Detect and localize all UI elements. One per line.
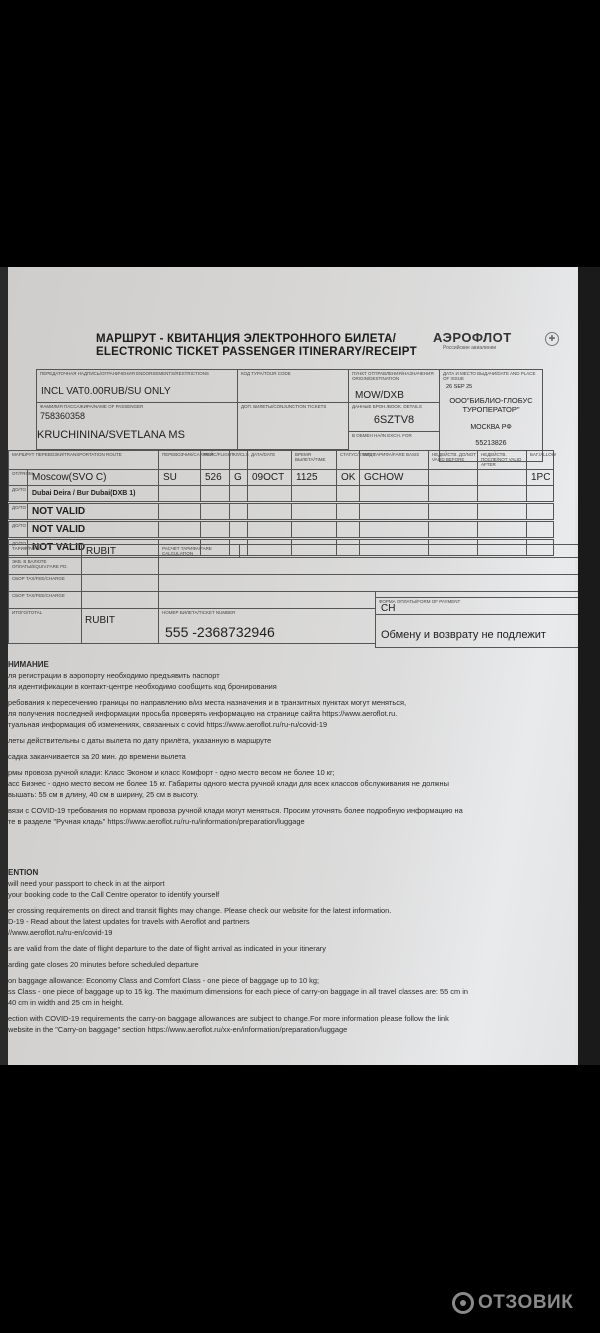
itinerary-cell <box>477 485 527 502</box>
watermark-text: ОТЗОВИК <box>478 1292 573 1314</box>
itinerary-cell <box>247 503 292 520</box>
total-label-cell: ИТОГО/TOTAL <box>8 608 82 644</box>
note-line: your booking code to the Call Centre ope… <box>8 889 468 900</box>
note-line: асс Бизнес - одно место весом не более 1… <box>8 778 463 789</box>
column-header-fare-basis: ВИД ТАРИФА/FARE BASIS <box>359 450 429 470</box>
column-header-baggage: БАГ./ALLOW <box>526 450 554 470</box>
itinerary-route-cell: NOT VALID <box>27 521 159 538</box>
endorsements-cell: ПЕРЕДАТОЧНАЯ НАДПИСЬ/ОГРАНИЧЕНИЯ ENDORSE… <box>36 369 238 403</box>
itinerary-cell: 09OCT <box>247 469 292 486</box>
fare-calc-cell <box>239 544 588 558</box>
itinerary-cell <box>229 503 248 520</box>
notes-ru-heading: НИМАНИЕ <box>8 659 463 670</box>
notes-english: ENTION will need your passport to check … <box>8 867 468 1035</box>
note-line: ection with COVID-19 requirements the ca… <box>8 1013 468 1024</box>
itinerary-cell <box>158 521 201 538</box>
itinerary-cell <box>336 521 360 538</box>
note-line: D-19 - Read about the latest updates for… <box>8 916 468 927</box>
itinerary-cell <box>428 521 478 538</box>
itinerary-cell <box>229 521 248 538</box>
column-header-class: КЛ/CLS <box>229 450 248 470</box>
itinerary-cell: 1125 <box>291 469 337 486</box>
note-line: ребования к пересечению границы по напра… <box>8 697 463 708</box>
itinerary-cell <box>200 503 230 520</box>
equiv-fare-label-cell: ЭКВ. В ВАЛЮТЕ ОПЛАТЫ/EQUIV.FARE PD. <box>8 557 82 575</box>
itinerary-cell: 526 <box>200 469 230 486</box>
ticket-number-cell: НОМЕР БИЛЕТА/TICKET NUMBER 555 -23687329… <box>158 608 376 644</box>
issue-cell: ДАТА И МЕСТО ВЫДАЧИ/DATE AND PLACE OF IS… <box>439 369 543 462</box>
column-header-not-before: НЕДЕЙСТВ. ДО/NOT VALID BEFORE <box>428 450 478 470</box>
issue-date: 26 SEP 25 <box>446 384 472 390</box>
itinerary-cell: OK <box>336 469 360 486</box>
endorsements-value: INCL VAT0.00RUB/SU ONLY <box>41 386 171 397</box>
itinerary-route-cell: NOT VALID <box>27 503 159 520</box>
tax1-cell <box>81 574 159 592</box>
fare-calc-cont2-cell <box>158 574 590 592</box>
origin-destination-cell: ПУНКТ ОТПРАВЛЕНИЯ/НАЗНАЧЕНИЯ ORIGIN/DEST… <box>348 369 440 403</box>
itinerary-cell: ДО/TO <box>8 503 28 520</box>
note-line: arding gate closes 20 minutes before sch… <box>8 959 468 970</box>
itinerary-cell <box>158 503 201 520</box>
note-line: леты действительны с даты вылета по дату… <box>8 735 463 746</box>
note-line: те в разделе "Ручная кладь" https://www.… <box>8 816 463 827</box>
itinerary-cell <box>477 469 527 486</box>
tax2-cell <box>81 591 159 609</box>
passenger-name: KRUCHININA/SVETLANA MS <box>37 429 185 441</box>
itinerary-cell <box>359 485 429 502</box>
note-line: туальная информация об изменениях, связа… <box>8 719 463 730</box>
notes-en-heading: ENTION <box>8 867 468 878</box>
note-line: on baggage allowance: Economy Class and … <box>8 975 468 986</box>
note-line: //www.aeroflot.ru/ru-en/covid-19 <box>8 927 468 938</box>
otzovik-watermark: ОТЗОВИК <box>452 1292 573 1314</box>
itinerary-cell <box>336 503 360 520</box>
non-refundable-note: Обмену и возврату не подлежит <box>381 629 546 641</box>
fare-label-cell: ТАРИФ/FARE <box>8 544 82 558</box>
document-title: МАРШРУТ - КВИТАНЦИЯ ЭЛЕКТРОННОГО БИЛЕТА/… <box>96 333 417 359</box>
tax1-label-cell: СБОР TAX/FEE/CHARGE <box>8 574 82 592</box>
title-en: ELECTRONIC TICKET PASSENGER ITINERARY/RE… <box>96 346 417 359</box>
conjunction-cell: ДОП. БИЛЕТЫ/CONJUNCTION TICKETS <box>237 402 349 450</box>
note-line: ss Class - one piece of baggage up to 15… <box>8 986 468 997</box>
note-line: ля получения последней информации просьб… <box>8 708 463 719</box>
logo-subtitle: Российские авиалинии <box>443 345 512 351</box>
logo-text: АЭРОФЛОТ <box>433 330 512 345</box>
note-line: website in the "Carry-on baggage" sectio… <box>8 1024 468 1035</box>
itinerary-cell <box>477 521 527 538</box>
ticket-paper: МАРШРУТ - КВИТАНЦИЯ ЭЛЕКТРОННОГО БИЛЕТА/… <box>8 267 575 1065</box>
origin-destination-value: MOW/DXB <box>355 390 404 401</box>
itinerary-cell <box>247 485 292 502</box>
aeroflot-logo: АЭРОФЛОТ Российские авиалинии ✚ <box>433 330 512 351</box>
itinerary-cell <box>336 485 360 502</box>
tour-code-cell: КОД ТУРА/TOUR CODE <box>237 369 349 403</box>
title-ru: МАРШРУТ - КВИТАНЦИЯ ЭЛЕКТРОННОГО БИЛЕТА/ <box>96 333 417 346</box>
note-line: садка заканчивается за 20 мин. до времен… <box>8 751 463 762</box>
issuer-code: 55213826 <box>440 440 542 447</box>
itinerary-cell <box>247 521 292 538</box>
notes-russian: НИМАНИЕ ля регистрации в аэропорту необх… <box>8 659 463 827</box>
otzovik-logo-icon <box>452 1292 474 1314</box>
passenger-id: 758360358 <box>40 411 85 421</box>
blank-cell <box>158 591 376 609</box>
airline-emblem-icon: ✚ <box>545 332 559 346</box>
ticket-number: 555 -2368732946 <box>165 624 275 640</box>
note-line: вязи с COVID-19 требования по нормам про… <box>8 805 463 816</box>
itinerary-cell: GCHOW <box>359 469 429 486</box>
itinerary-route-cell: Dubai Deira / Bur Dubai(DXB 1) <box>27 485 159 502</box>
column-header-date: ДАТА/DATE <box>247 450 292 470</box>
itinerary-cell <box>428 469 478 486</box>
itinerary-cell: G <box>229 469 248 486</box>
itinerary-cell <box>359 521 429 538</box>
itinerary-cell <box>291 485 337 502</box>
itinerary-cell <box>200 485 230 502</box>
itinerary-cell <box>526 503 554 520</box>
note-line: will need your passport to check in at t… <box>8 878 468 889</box>
fare-calc-cont-cell <box>158 557 588 575</box>
background-edge-right <box>578 267 600 1065</box>
itinerary-cell <box>359 503 429 520</box>
itinerary-cell <box>526 485 554 502</box>
tax2-label-cell: СБОР TAX/FEE/CHARGE <box>8 591 82 609</box>
background-edge <box>0 267 8 1065</box>
fare-calc-label-cell: РАСЧЕТ ТАРИФА/FARE CALCULATION <box>158 544 240 558</box>
note-line: рмы провоза ручной клади: Класс Эконом и… <box>8 767 463 778</box>
itinerary-cell <box>477 503 527 520</box>
itinerary-cell <box>200 521 230 538</box>
exchange-cell: В ОБМЕН НА/IN EXCH. FOR <box>348 431 440 451</box>
issuer-line1: ООО"БИБЛИО-ГЛОБУС <box>440 396 542 405</box>
itinerary-cell: ДО/TO <box>8 521 28 538</box>
itinerary-cell <box>158 485 201 502</box>
itinerary-cell: ДО/TO <box>8 485 28 502</box>
itinerary-cell <box>291 521 337 538</box>
column-header-flight: РЕЙС/FLIGHT <box>200 450 230 470</box>
non-refundable-cell: Обмену и возврату не подлежит <box>375 614 592 648</box>
passenger-cell: ФАМИЛИЯ ПАССАЖИРА/NAME OF PASSENGER 7583… <box>36 402 238 450</box>
note-line: s are valid from the date of flight depa… <box>8 943 468 954</box>
note-line: вышать: 55 см в длину, 40 см в ширину, 2… <box>8 789 463 800</box>
column-header-carrier: ПЕРЕВОЗЧИК/CARRIER <box>158 450 201 470</box>
ticket-photo: МАРШРУТ - КВИТАНЦИЯ ЭЛЕКТРОННОГО БИЛЕТА/… <box>0 267 600 1065</box>
note-line: 40 cm in width and 25 cm in height. <box>8 997 468 1008</box>
note-line: ля регистрации в аэропорту необходимо пр… <box>8 670 463 681</box>
payment-form-value: CH <box>381 603 395 614</box>
column-header-time: ВРЕМЯ ВЫЛЕТА/TIME <box>291 450 337 470</box>
column-header-route: МАРШРУТ ПЕРЕВОЗКИ/TRANSPORTATION ROUTE <box>8 450 159 470</box>
itinerary-cell: ОТ/FROM <box>8 469 28 486</box>
itinerary-cell: 1PC <box>526 469 554 486</box>
itinerary-cell <box>229 485 248 502</box>
booking-cell: ДАННЫЕ БРОН./BOOK. DETAILS 6SZTV8 <box>348 402 440 432</box>
payment-form-cell: ФОРМА ОПЛАТЫ/FORM OF PAYMENT CH <box>375 597 592 615</box>
itinerary-cell <box>291 503 337 520</box>
fare-value-cell: RUBIT <box>81 544 159 558</box>
note-line: er crossing requirements on direct and t… <box>8 905 468 916</box>
itinerary-cell: SU <box>158 469 201 486</box>
equiv-fare-cell <box>81 557 159 575</box>
itinerary-cell <box>526 521 554 538</box>
booking-code: 6SZTV8 <box>349 414 439 426</box>
issuer-city: МОСКВА РФ <box>440 424 542 431</box>
column-header-not-after: НЕДЕЙСТВ. ПОСЛЕ/NOT VALID AFTER <box>477 450 527 470</box>
itinerary-route-cell: Moscow(SVO C) <box>27 469 159 486</box>
column-header-status: СТАТУС/STATUS <box>336 450 360 470</box>
itinerary-cell <box>428 485 478 502</box>
total-value-cell: RUBIT <box>81 608 159 644</box>
issuer-line2: ТУРОПЕРАТОР" <box>440 405 542 414</box>
itinerary-cell <box>428 503 478 520</box>
note-line: ля идентификации в контакт-центре необхо… <box>8 681 463 692</box>
